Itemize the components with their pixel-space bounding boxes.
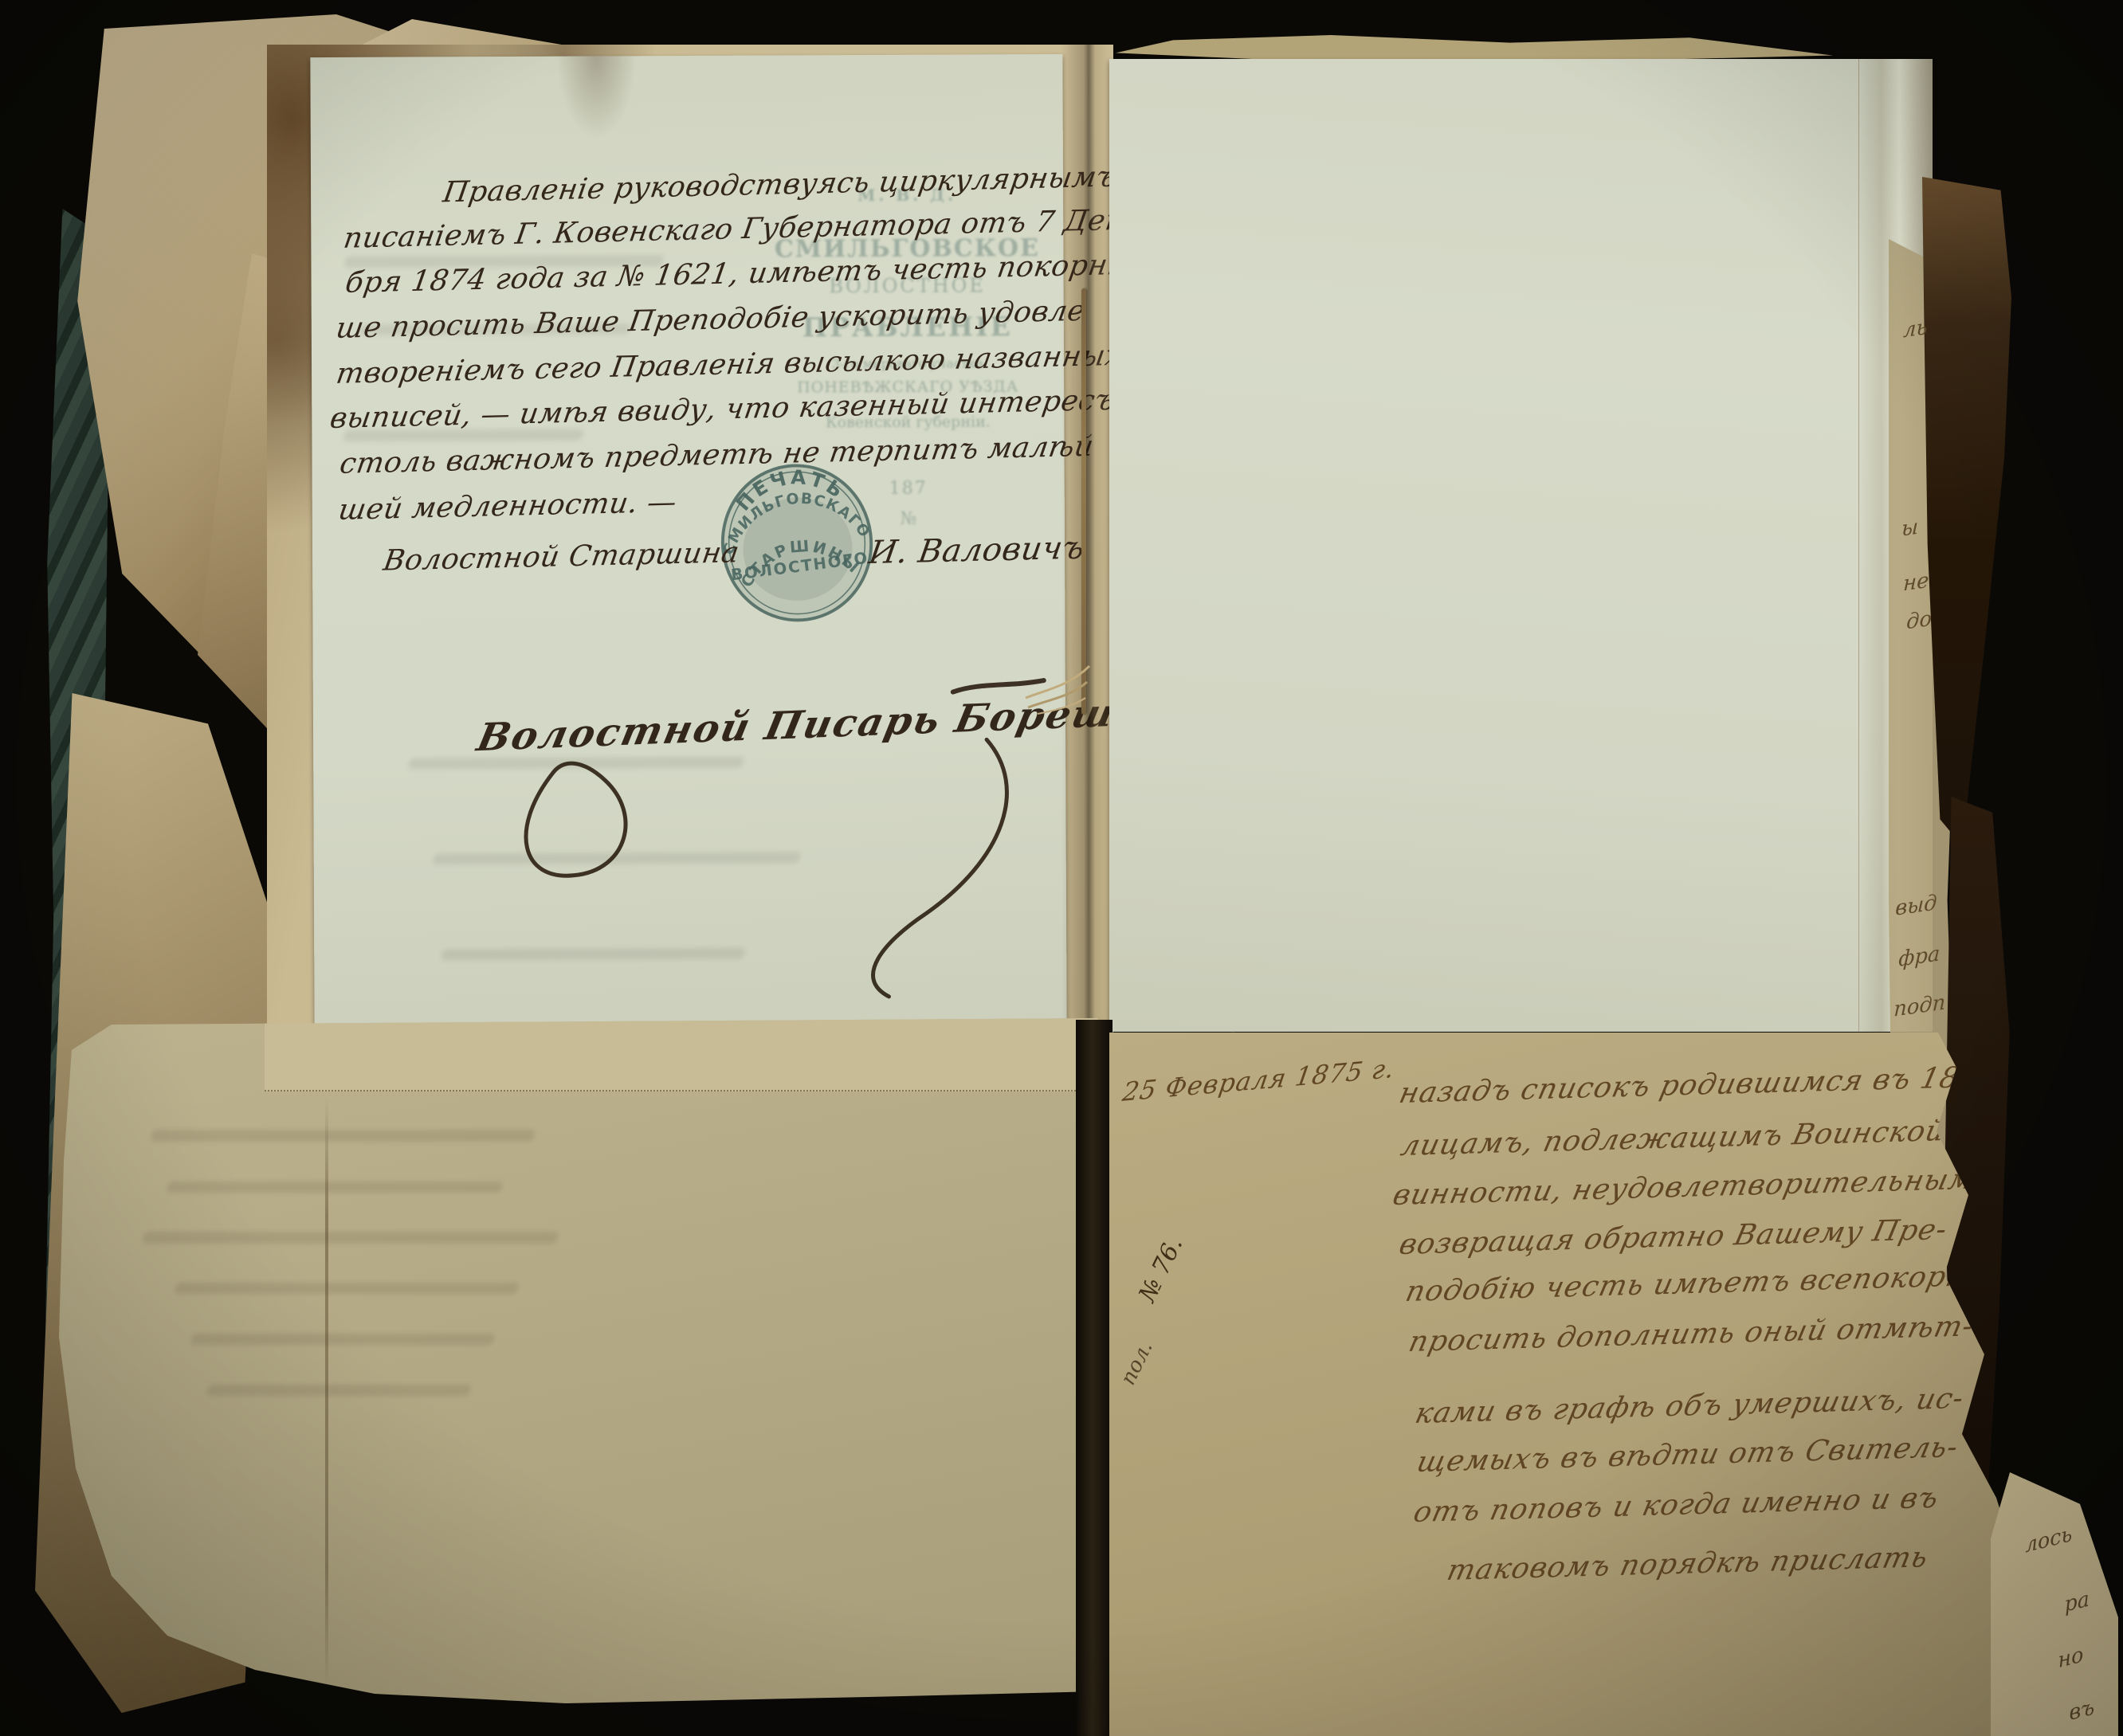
elder-signature: И. Валовичъ xyxy=(866,530,1087,571)
binding-gutter-bottom xyxy=(1076,1020,1113,1736)
bleedthrough-smudge xyxy=(150,1130,535,1142)
lower-left-page xyxy=(56,1018,1098,1703)
bleedthrough-smudge xyxy=(190,1334,496,1345)
signature-flourish xyxy=(477,676,1072,1013)
docket-number-note: № 76. xyxy=(1133,1232,1188,1306)
folded-page-corner xyxy=(1991,1472,2118,1736)
edge-text-fragment: ы xyxy=(1901,515,1919,541)
page-edge-strip-stitched xyxy=(265,1018,1098,1091)
bleedthrough-smudge xyxy=(167,1181,504,1193)
left-document-page: М. В. Д. СМИЛЬГОВСКОЕ ВОЛОСТНОЕ ПРАВЛЕНІ… xyxy=(310,54,1066,1030)
archival-book-scan: М. В. Д. СМИЛЬГОВСКОЕ ВОЛОСТНОЕ ПРАВЛЕНІ… xyxy=(0,0,2123,1736)
torn-sliver-top-right xyxy=(1116,35,1833,61)
bleedthrough-smudge xyxy=(206,1385,472,1396)
edge-text-fragment: ль xyxy=(1903,315,1928,343)
docket-side-note: пол. xyxy=(1116,1338,1158,1389)
manuscript-line: отъ поповъ и когда именно и въ xyxy=(1411,1482,1942,1529)
bleedthrough-smudge xyxy=(142,1232,559,1244)
manuscript-line: ками въ графѣ объ умершихъ, ис- xyxy=(1412,1382,1968,1430)
date-note: 25 Февраля 1875 г. xyxy=(1120,1052,1397,1107)
manuscript-line: просить дополнить оный отмѣт- xyxy=(1406,1310,1977,1358)
manuscript-line: винности, неудовлетворительнымъ xyxy=(1390,1162,1997,1212)
manuscript-line: таковомъ порядкѣ прислать xyxy=(1444,1541,1932,1587)
binding-gutter-top xyxy=(1061,45,1111,1033)
frayed-thread-end xyxy=(1022,650,1093,730)
edge-text-fragment: до xyxy=(1906,607,1933,635)
right-blank-page xyxy=(1109,59,1933,1032)
manuscript-line: щемыхъ въ вѣдти отъ Свитель- xyxy=(1414,1431,1962,1479)
lower-right-page: 25 Февраля 1875 г. № 76. пол. назадъ спи… xyxy=(1109,1033,2043,1736)
elder-title: Волостной Старшина xyxy=(381,536,741,578)
bleedthrough-smudge xyxy=(175,1283,520,1294)
manuscript-line: шей медленности. — xyxy=(336,486,679,527)
manuscript-line: лицамъ, подлежащимъ Воинской по- xyxy=(1398,1113,2007,1162)
edge-text-fragment: не xyxy=(1903,569,1929,597)
manuscript-line: возвращая обратно Вашему Пре- xyxy=(1396,1213,1951,1261)
